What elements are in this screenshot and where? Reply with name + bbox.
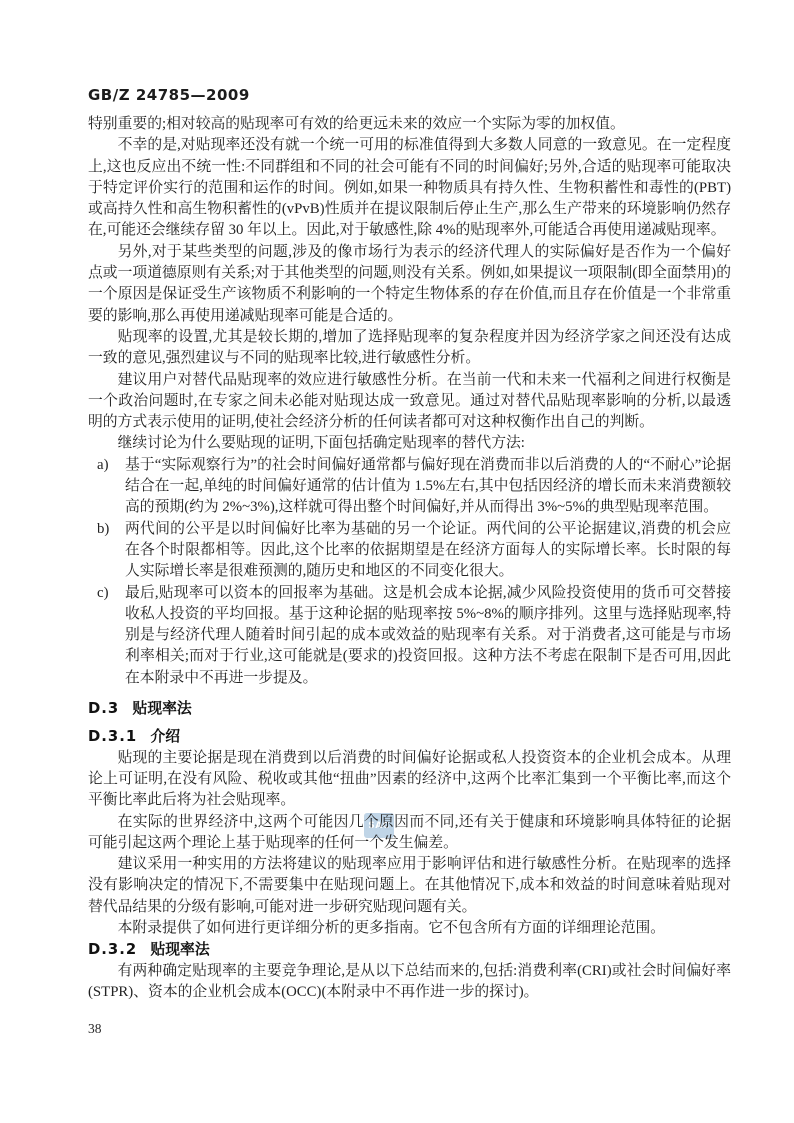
list-item: a) 基于“实际观察行为”的社会时间偏好通常都与偏好现在消费而非以后消费的人的“… xyxy=(97,455,731,519)
page-body: 特别重要的;相对较高的贴现率可有效的给更远未来的效应一个实际为零的加权值。 不幸… xyxy=(88,114,731,1003)
paragraph: 继续讨论为什么要贴现的证明,下面包括确定贴现率的替代方法: xyxy=(88,433,731,454)
paragraph: 贴现的主要论据是现在消费到以后消费的时间偏好论据或私人投资资本的企业机会成本。从… xyxy=(88,748,731,812)
document-page: GB/Z 24785—2009 SAC 特别重要的;相对较高的贴现率可有效的给更… xyxy=(0,0,794,1123)
paragraph: 有两种确定贴现率的主要竞争理论,是从以下总结而来的,包括:消费利率(CRI)或社… xyxy=(88,961,731,1004)
paragraph: 在实际的世界经济中,这两个可能因几个原因而不同,还有关于健康和环境影响具体特征的… xyxy=(88,812,731,855)
alternatives-list: a) 基于“实际观察行为”的社会时间偏好通常都与偏好现在消费而非以后消费的人的“… xyxy=(88,455,731,689)
section-number: D.3.2 xyxy=(88,941,137,958)
paragraph: 建议用户对替代品贴现率的效应进行敏感性分析。在当前一代和未来一代福利之间进行权衡… xyxy=(88,370,731,434)
list-item-text: 基于“实际观察行为”的社会时间偏好通常都与偏好现在消费而非以后消费的人的“不耐心… xyxy=(125,455,731,519)
list-marker: c) xyxy=(97,583,125,689)
paragraph: 建议采用一种实用的方法将建议的贴现率应用于影响评估和进行敏感性分析。在贴现率的选… xyxy=(88,854,731,918)
section-heading-d32: D.3.2贴现率法 xyxy=(88,939,731,960)
list-item-text: 最后,贴现率可以资本的回报率为基础。这是机会成本论据,减少风险投资使用的货币可交… xyxy=(125,583,731,689)
paragraph: 本附录提供了如何进行更详细分析的更多指南。它不包含所有方面的详细理论范围。 xyxy=(88,918,731,939)
section-title: 介绍 xyxy=(150,728,180,745)
section-heading-d31: D.3.1介绍 xyxy=(88,726,731,747)
standard-number-header: GB/Z 24785—2009 xyxy=(88,86,250,104)
section-title: 贴现率法 xyxy=(133,700,192,717)
paragraph: 不幸的是,对贴现率还没有就一个统一可用的标准值得到大多数人同意的一致意见。在一定… xyxy=(88,135,731,241)
paragraph: 另外,对于某些类型的问题,涉及的像市场行为表示的经济代理人的实际偏好是否作为一个… xyxy=(88,242,731,327)
section-title: 贴现率法 xyxy=(150,941,209,958)
page-number: 38 xyxy=(88,1021,102,1037)
list-marker: a) xyxy=(97,455,125,519)
paragraph-continued: 特别重要的;相对较高的贴现率可有效的给更远未来的效应一个实际为零的加权值。 xyxy=(88,114,731,135)
list-marker: b) xyxy=(97,519,125,583)
list-item: b) 两代间的公平是以时间偏好比率为基础的另一个论证。两代间的公平论据建议,消费… xyxy=(97,519,731,583)
list-item-text: 两代间的公平是以时间偏好比率为基础的另一个论证。两代间的公平论据建议,消费的机会… xyxy=(125,519,731,583)
list-item: c) 最后,贴现率可以资本的回报率为基础。这是机会成本论据,减少风险投资使用的货… xyxy=(97,583,731,689)
section-heading-d3: D.3贴现率法 xyxy=(88,698,731,719)
paragraph: 贴现率的设置,尤其是较长期的,增加了选择贴现率的复杂程度并因为经济学家之间还没有… xyxy=(88,327,731,370)
section-number: D.3 xyxy=(88,700,119,717)
section-number: D.3.1 xyxy=(88,728,137,745)
